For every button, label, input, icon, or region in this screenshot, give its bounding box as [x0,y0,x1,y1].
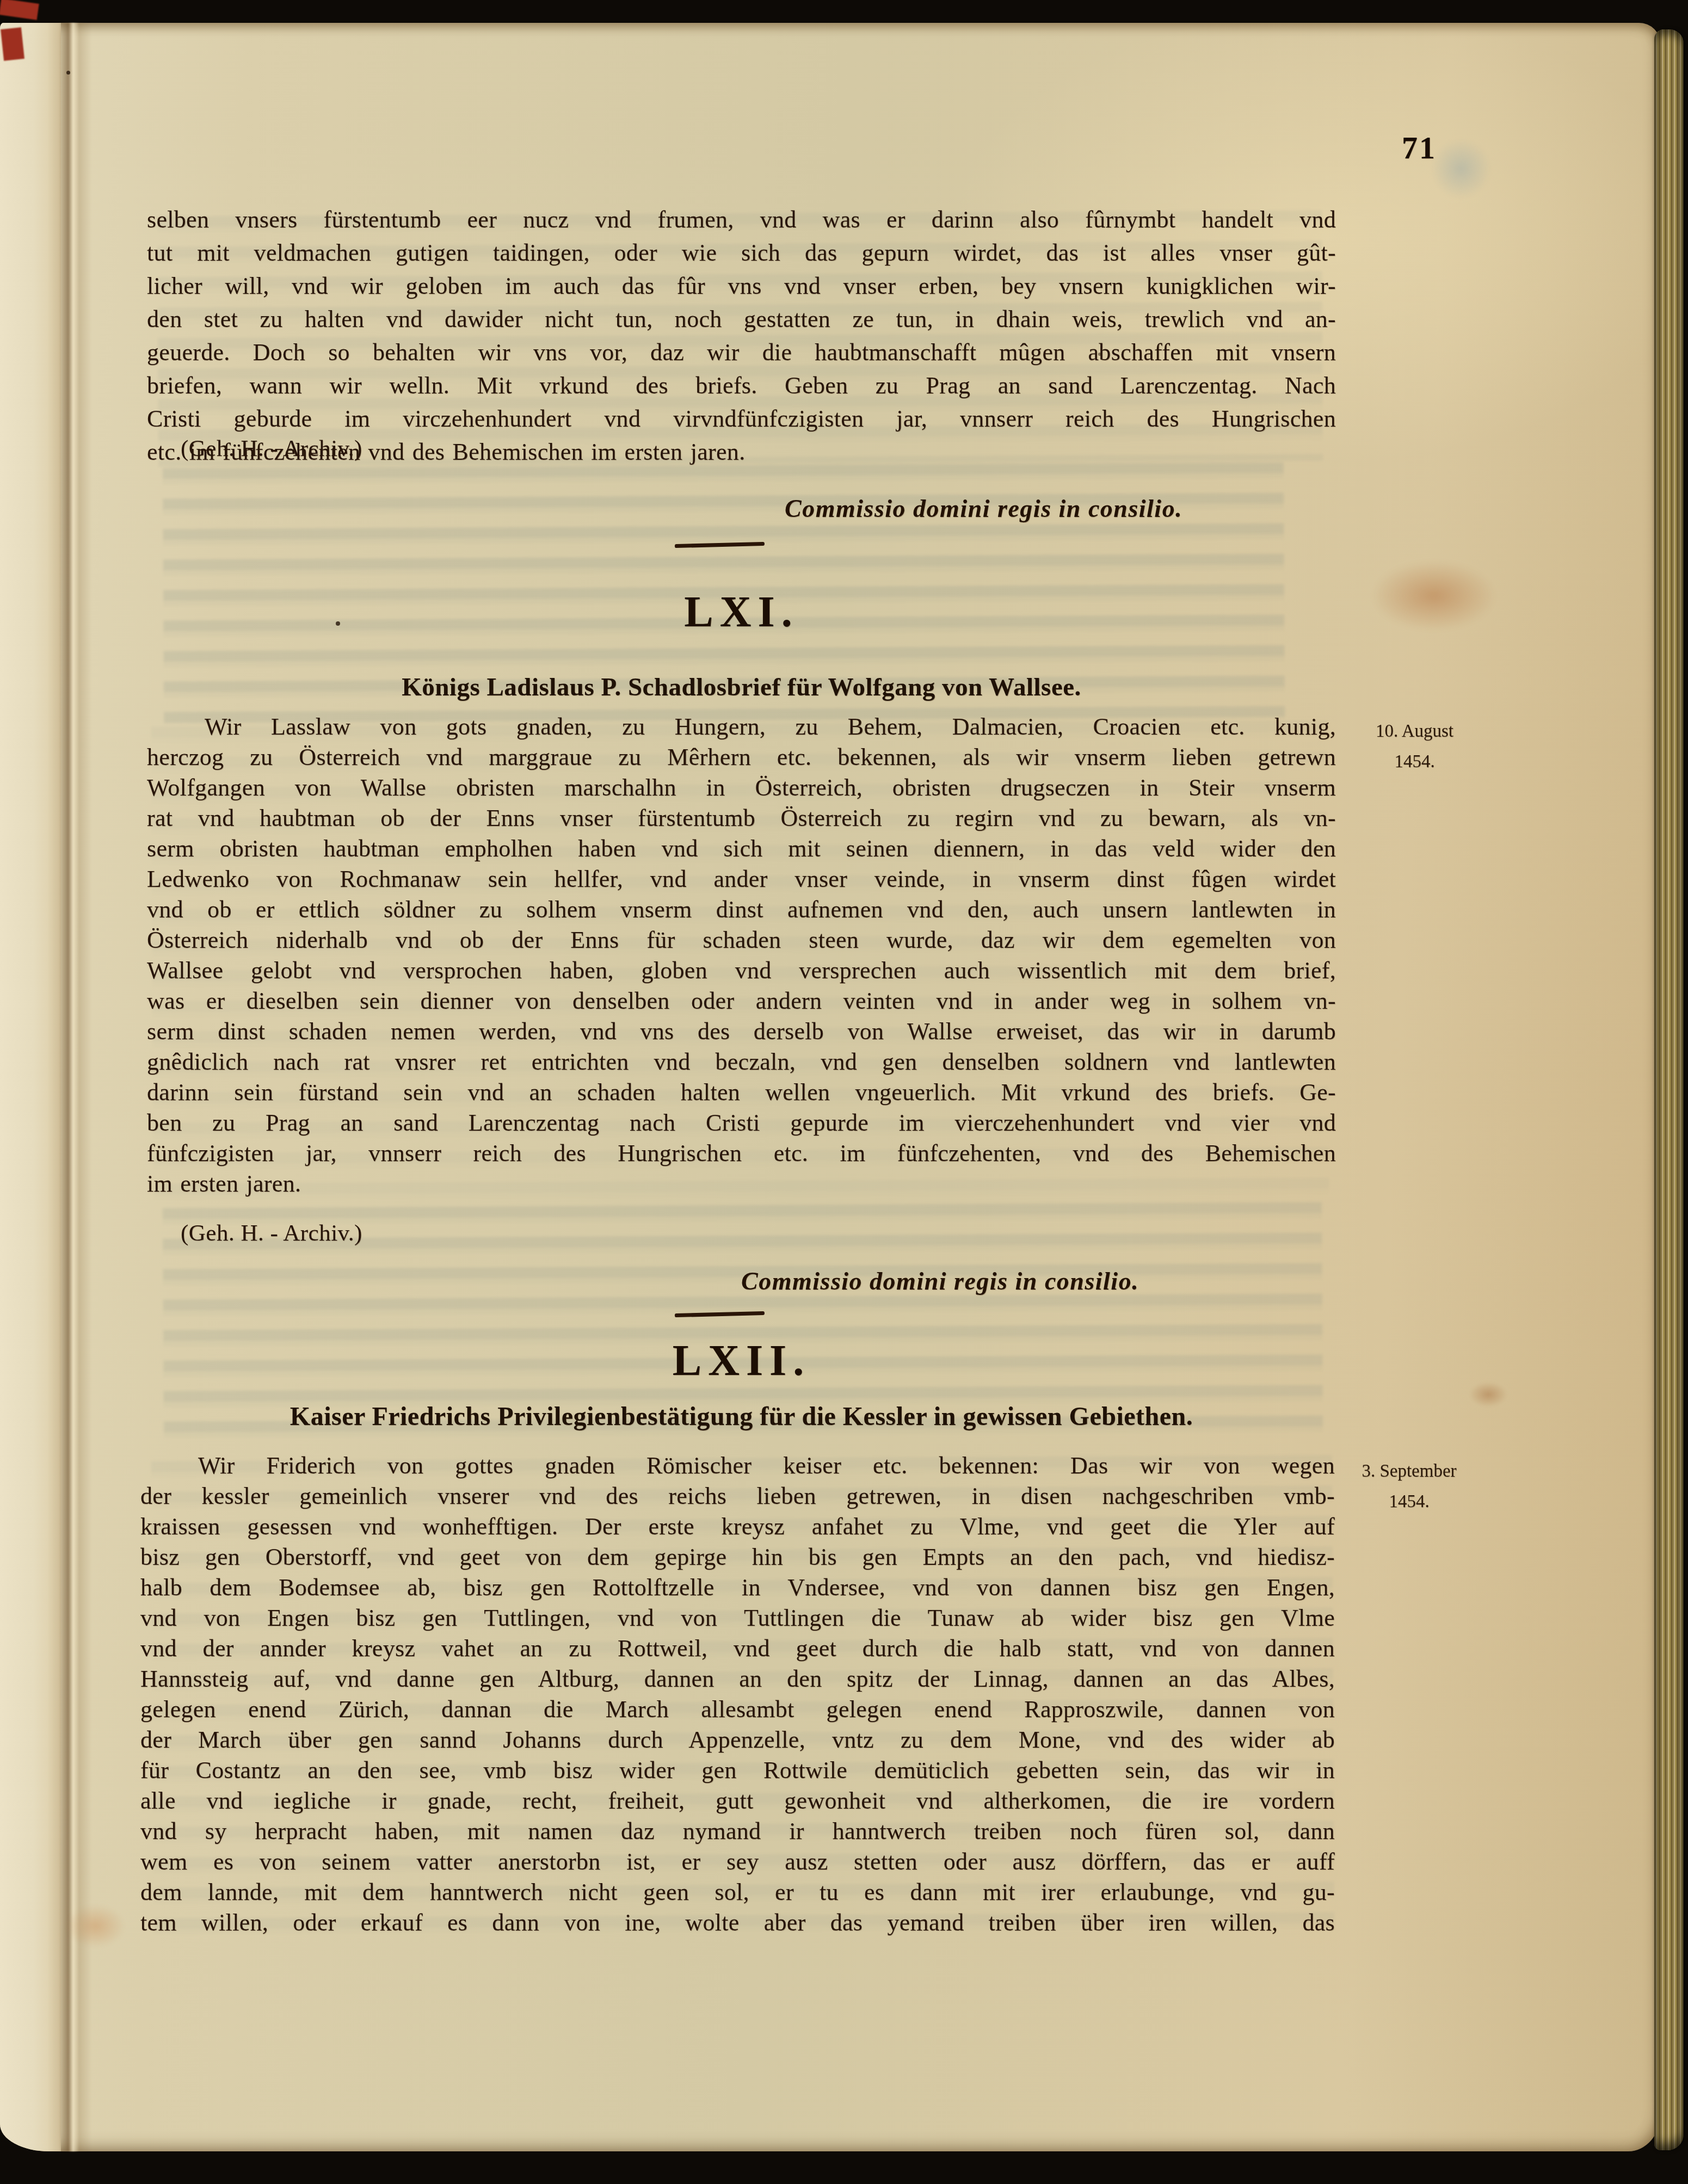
text-line: kraissen gesessen vnd wonhefftigen. Der … [140,1511,1335,1542]
text-line: halb dem Bodemsee ab, bisz gen Rottolftz… [140,1572,1335,1603]
commissio-subscription: Commissio domini regis in consilio. [741,1267,1139,1295]
text-line: den stet zu halten vnd dawider nicht tun… [147,303,1336,336]
text-line: Wir Friderich von gottes gnaden Römische… [140,1451,1335,1481]
text-line: licher will, vnd wir geloben im auch das… [147,269,1336,303]
text-line: Hannssteig auf, vnd danne gen Altburg, d… [140,1664,1335,1694]
text-line: dem lannde, mit dem hanntwerch nicht gee… [140,1877,1335,1908]
gutter-crease [48,23,91,2151]
text-line: gnêdiclich nach rat vnsrer ret entrichte… [147,1047,1336,1077]
margin-date-lxii: 3. September 1454. [1329,1456,1489,1517]
text-line: der kessler gemeinlich vnserer vnd des r… [140,1481,1335,1511]
page-number: 71 [1402,129,1437,166]
margin-date-lxi: 10. August 1454. [1334,716,1495,777]
text-line: Wolfgangen von Wallse obristen marschalh… [147,773,1336,803]
archive-note: (Geh. H. - Archiv.) [181,1220,362,1247]
text-line: serm obristen haubtman empholhen haben v… [147,834,1336,864]
text-line: was er dieselben sein dienner von densel… [147,986,1336,1016]
charter-text-lxi: Wir Lasslaw von gots gnaden, zu Hungern,… [147,712,1336,1199]
text-line: im ersten jaren. [147,1169,1336,1199]
text-line: vnd sy herpracht haben, mit namen daz ny… [140,1816,1335,1847]
margin-date-line: 1454. [1334,746,1495,777]
commissio-subscription: Commissio domini regis in consilio. [785,494,1182,523]
text-line: ben zu Prag an sand Larenczentag nach Cr… [147,1108,1336,1138]
text-line: briefen, wann wir welln. Mit vrkund des … [147,369,1336,402]
text-line: alle vnd iegliche ir gnade, recht, freih… [140,1786,1335,1816]
margin-date-line: 10. August [1334,716,1495,746]
text-line: darinn sein fürstand sein vnd an schaden… [147,1077,1336,1108]
text-line: tem willen, oder erkauf es dann von ine,… [140,1908,1335,1938]
charter-text-lxii: Wir Friderich von gottes gnaden Römische… [140,1451,1335,1938]
margin-date-line: 3. September [1329,1456,1489,1486]
section-title-lxii: Kaiser Friedrichs Privilegienbestätigung… [147,1402,1336,1432]
text-line: vnd von Engen bisz gen Tuttlingen, vnd v… [140,1603,1335,1633]
section-numeral-lxii: LXII. [147,1336,1336,1386]
text-line: Wallsee gelobt vnd versprochen haben, gl… [147,955,1336,986]
red-edge-mark [0,0,39,20]
text-line: selben vnsers fürstentumb eer nucz vnd f… [147,203,1336,236]
text-line: vnd der annder kreysz vahet an zu Rottwe… [140,1633,1335,1664]
text-line: serm dinst schaden nemen werden, vnd vns… [147,1016,1336,1047]
text-line: für Costantz an den see, vmb bisz wider … [140,1755,1335,1786]
margin-date-line: 1454. [1329,1486,1489,1517]
text-line: geuerde. Doch so behalten wir vns vor, d… [147,336,1336,369]
section-numeral-lxi: LXI. [147,588,1336,637]
text-line: Cristi geburde im virczehenhundert vnd v… [147,402,1336,435]
text-line: vnd ob er ettlich söldner zu solhem vnse… [147,894,1336,925]
fore-edge-page-stack [1654,29,1684,2150]
text-line: der March über gen sannd Johanns durch A… [140,1725,1335,1755]
section-title-lxi: Königs Ladislaus P. Schadlosbrief für Wo… [147,673,1336,702]
text-line: wem es von seinem vatter anerstorbn ist,… [140,1847,1335,1877]
text-line: herczog zu Österreich vnd marggraue zu M… [147,742,1336,773]
text-line: Ledwenko von Rochmanaw sein hellfer, vnd… [147,864,1336,894]
scanned-book-photo: 71 selben vnsers fürstentumb eer nucz vn… [0,0,1688,2184]
text-line: gelegen enend Zürich, dannan die March a… [140,1694,1335,1725]
text-line: bisz gen Oberstorff, vnd geet von dem ge… [140,1542,1335,1572]
text-line: fünfczigisten jar, vnnserr reich des Hun… [147,1138,1336,1169]
text-line: rat vnd haubtman ob der Enns vnser fürst… [147,803,1336,834]
text-line: Wir Lasslaw von gots gnaden, zu Hungern,… [147,712,1336,742]
archive-note: (Geh. H. - Archiv.) [181,435,362,462]
continuation-paragraph: selben vnsers fürstentumb eer nucz vnd f… [147,203,1336,468]
text-line: Österreich niderhalb vnd ob der Enns für… [147,925,1336,955]
text-line: tut mit veldmachen gutigen taidingen, od… [147,236,1336,269]
